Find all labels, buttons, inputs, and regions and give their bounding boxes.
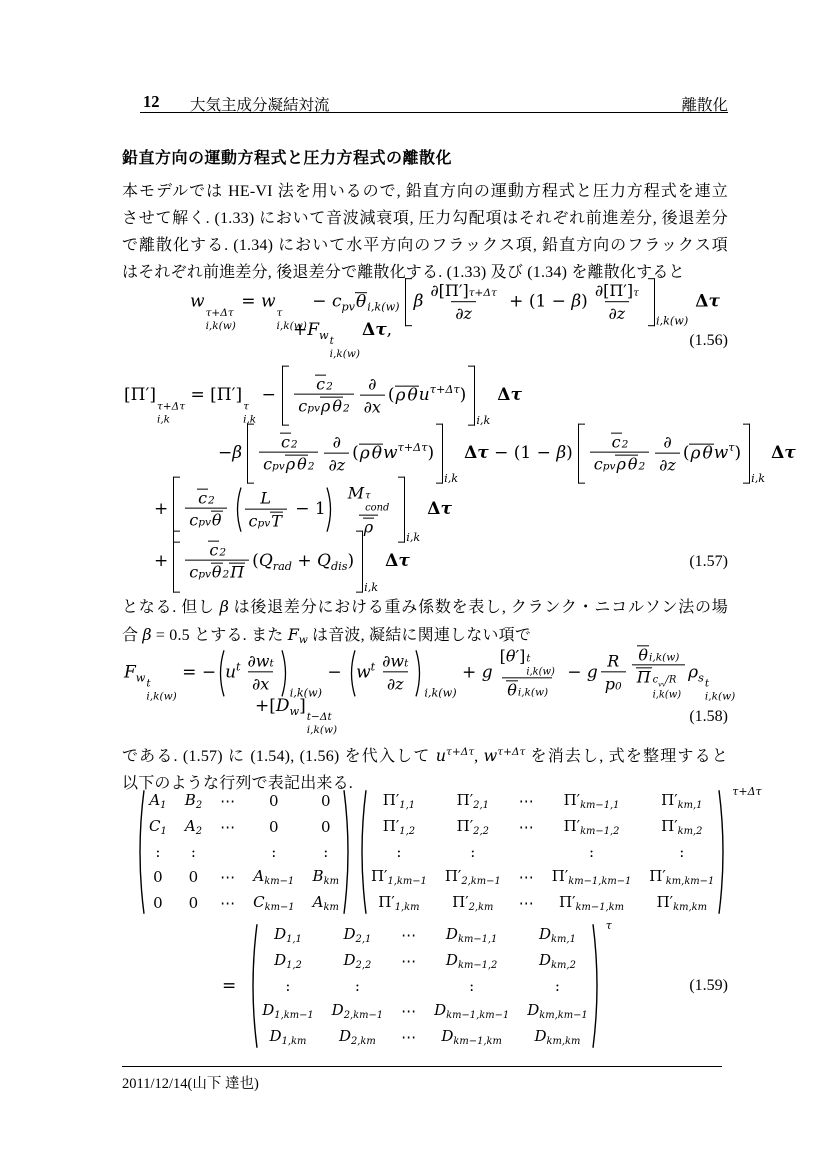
matrix-entry-subscript: km,1	[678, 800, 703, 811]
math-subscript: i,k	[364, 581, 378, 594]
math-fraction: c2cpvθ	[185, 489, 226, 531]
matrix-cell: :	[355, 977, 360, 995]
matrix-entry-subscript: 1,km	[282, 1036, 307, 1047]
matrix-entry-subscript: km−1,km	[576, 902, 624, 913]
matrix: A1B2⋯00C1A2⋯00::::00⋯Akm−1Bkm00⋯Ckm−1Akm	[135, 789, 353, 915]
math-symbol: ∂x	[364, 397, 381, 417]
matrix-entry-symbol: D	[539, 925, 551, 943]
equation-label-1-58: (1.58)	[689, 708, 728, 726]
fraction-denominator: cpvρθ2	[259, 452, 318, 475]
matrix-entry-symbol: D	[534, 1027, 546, 1045]
fraction-denominator: θi,k(w)	[502, 677, 552, 699]
left-paren	[216, 649, 225, 697]
footer-date: 2011/12/14(山下 達也)	[122, 1072, 259, 1093]
matrix-entry-subscript: 1,2	[399, 826, 415, 837]
math-supsub: t−Δti,k(w)	[307, 712, 337, 736]
math-superscript: t	[269, 658, 273, 671]
matrix-cell: 0	[321, 792, 331, 810]
fraction-denominator: ∂x	[360, 394, 385, 417]
matrix-entry-symbol: D	[446, 925, 458, 943]
math-subscript: w	[319, 329, 329, 342]
paragraph-line: となる. 但し β は後退差分における重み係数を表し, クランク・ニコルソン法の…	[122, 593, 728, 621]
left-bracket	[405, 278, 412, 326]
math-superscript: t	[705, 679, 709, 690]
matrix-entry-subscript: 1	[160, 826, 166, 837]
math-symbol: R	[607, 652, 619, 672]
matrix-dots: 0	[269, 792, 279, 810]
matrix-entry-subscript: km,km	[547, 1036, 581, 1047]
math-fraction: ∂∂z	[655, 432, 680, 475]
matrix-dots: ⋯	[519, 818, 534, 836]
math-symbol: ρ	[690, 443, 700, 463]
math-bold-italic: τ	[440, 499, 451, 519]
math-roman: +	[154, 551, 168, 571]
matrix-entry-subscript: km−1,km	[453, 1036, 501, 1047]
matrix-cell: Dkm,km	[534, 1027, 580, 1047]
math-supsub: ti,k(w)	[705, 679, 735, 703]
math-overline: Π	[229, 563, 245, 582]
equation-label-1-57: (1.57)	[689, 553, 728, 571]
math-overline: Π	[636, 668, 652, 687]
math-roman: Π′	[217, 385, 236, 405]
matrix: D1,1D2,1⋯Dkm−1,1Dkm,1D1,2D2,2⋯Dkm−1,2Dkm…	[248, 923, 601, 1049]
math-symbol: ∂	[595, 281, 603, 301]
math-bold: Δ	[497, 385, 510, 405]
math-roman: +[	[255, 696, 276, 716]
math-symbol: c	[594, 455, 603, 475]
math-roman: [	[210, 385, 217, 405]
fraction-numerator: c2	[311, 375, 337, 394]
math-superscript: τ	[365, 491, 370, 501]
matrix-entry-symbol: D	[434, 1001, 446, 1019]
matrix-cell: :	[396, 843, 401, 861]
math-supsub: τcond	[365, 491, 389, 514]
math-roman: ]	[149, 385, 156, 405]
math-roman: [	[124, 385, 131, 405]
math-subscript: pv	[341, 301, 355, 314]
math-symbol: θ	[332, 397, 342, 416]
math-superscript: τ	[277, 308, 283, 319]
math-roman: +	[293, 320, 307, 340]
math-symbol: θ	[212, 511, 222, 530]
matrix-entry-subscript: km,2	[551, 960, 576, 971]
math-subscript: i,k(w)	[424, 687, 456, 700]
math-subscript: i,k(w)	[146, 692, 176, 703]
matrix-cell: Π′km,2	[661, 817, 702, 837]
matrix-entry-subscript: 1,km−1	[274, 1010, 313, 1021]
math-superscript: 2	[343, 403, 350, 416]
matrix-entry-symbol: D	[339, 1027, 351, 1045]
fraction-denominator: ∂z	[655, 452, 680, 475]
math-superscript: τ	[243, 401, 249, 412]
document-page: 12 大気主成分凝結対流 離散化 鉛直方向の運動方程式と圧力方程式の離散化 本モ…	[0, 0, 826, 1169]
matrix-entry-subscript: km−1,2	[580, 826, 619, 837]
math-symbol: u	[225, 663, 236, 683]
right-paren	[415, 649, 424, 697]
math-superscript: 2	[219, 547, 226, 560]
matrix-entry-symbol: D	[344, 925, 356, 943]
math-subscript: i,k(w)	[526, 667, 554, 677]
matrix-left-paren	[357, 789, 367, 915]
math-supsub: τi,k	[243, 401, 256, 425]
math-symbol: θ	[408, 385, 418, 405]
math-symbol: ∂	[333, 432, 341, 452]
math-overline: ρ	[689, 443, 701, 463]
math-symbol: c	[189, 563, 198, 583]
math-symbol: w	[190, 292, 205, 312]
fraction-denominator: ∂x	[248, 672, 273, 695]
math-symbol: β	[232, 443, 242, 463]
matrix-cell: D1,2	[274, 951, 302, 971]
math-superscript: 2	[223, 569, 230, 582]
matrix-cell: Dkm,2	[539, 951, 576, 971]
matrix-cell: ⋯	[519, 894, 534, 912]
matrix-entry-subscript: 1,km−1	[387, 876, 426, 887]
matrix-grid: Π′1,1Π′2,1⋯Π′km−1,1Π′km,1Π′1,2Π′2,2⋯Π′km…	[367, 789, 718, 915]
math-subscript: pv	[257, 517, 270, 530]
matrix-cell: 0	[189, 894, 199, 912]
math-superscript: 2	[326, 381, 333, 394]
math-fraction: ∂∂x	[360, 374, 385, 417]
math-roman: − (1 −	[489, 443, 557, 463]
math-roman: (	[252, 551, 259, 571]
matrix-entry-symbol: D	[274, 951, 286, 969]
math-fraction: ∂[Π′]τ∂z	[591, 281, 643, 324]
matrix-exponent: τ	[606, 919, 612, 932]
matrix-entry-subscript: 2,km−1	[461, 876, 500, 887]
math-roman: )	[566, 443, 573, 463]
matrix-cell: Π′1,km	[378, 893, 419, 913]
math-symbol: M	[348, 483, 364, 503]
fraction-numerator: c2	[204, 541, 230, 560]
matrix-cell: :	[285, 977, 290, 995]
text-run: 合	[122, 627, 142, 644]
right-bracket	[356, 531, 363, 593]
matrix-right-paren	[718, 789, 728, 915]
math-supsub: τ+Δτi,k	[157, 401, 185, 425]
paragraph-line: 本モデルでは HE-VI 法を用いるので, 鉛直方向の運動方程式と圧力方程式を連…	[122, 178, 728, 205]
math-roman: + (1 −	[504, 292, 572, 312]
matrix-entry-symbol: B	[185, 791, 196, 809]
math-overline: c	[208, 541, 219, 560]
fraction-numerator: L	[256, 488, 275, 508]
matrix-cell: 0	[269, 792, 279, 810]
matrix-dots: ⋯	[401, 1002, 416, 1020]
math-roman: −	[322, 663, 347, 683]
math-superscript: 2	[291, 439, 298, 452]
matrix-dots: :	[191, 843, 196, 861]
fraction-denominator: ∂z	[605, 301, 630, 324]
matrix-dots: 0	[189, 868, 199, 886]
matrix-entry-symbol: A	[149, 791, 160, 809]
section-heading: 鉛直方向の運動方程式と圧力方程式の離散化	[122, 145, 452, 168]
equation-label-1-56: (1.56)	[689, 332, 728, 350]
matrix-entry-symbol: Π′	[383, 791, 400, 809]
footer-rule	[122, 1066, 722, 1067]
matrix-dots: ⋯	[519, 792, 534, 810]
matrix-entry-symbol: Π′	[649, 867, 666, 885]
matrix-dots: :	[470, 843, 475, 861]
equation-1-56-line-2: +Fwti,k(w)Δτ,	[293, 322, 392, 360]
math-roman: (	[352, 443, 359, 463]
matrix-entry-subscript: km−1,1	[458, 934, 497, 945]
math-bold-italic: τ	[510, 385, 521, 405]
math-symbol: T	[271, 511, 282, 530]
math-supsub: τ+Δτi,k(w)	[206, 308, 236, 332]
fraction-numerator: ∂[Π′]τ+Δτ	[426, 281, 500, 301]
math-bold-italic: τ	[398, 551, 409, 571]
matrix-cell: B2	[185, 791, 202, 811]
math-roman: +	[154, 499, 168, 519]
matrix-cell: Π′2,2	[457, 817, 489, 837]
matrix-entry-symbol: Π′	[378, 893, 395, 911]
matrix-entry-symbol: Π′	[452, 893, 469, 911]
math-fraction: ∂wt∂x	[244, 652, 278, 695]
equation-1-58-line-1: Fwti,k(w) = −ut∂wt∂xi,k(w) − wt∂wt∂zi,k(…	[124, 645, 735, 702]
math-overline: T	[270, 511, 283, 530]
matrix-entry-subscript: 2	[196, 800, 202, 811]
math-roman: =	[236, 292, 261, 312]
matrix-cell: Π′km,km	[657, 893, 707, 913]
math-fraction: ∂[Π′]τ+Δτ∂z	[426, 281, 500, 324]
matrix-entry-symbol: B	[313, 867, 324, 885]
math-bold-italic: τ	[375, 320, 386, 340]
math-symbol: c	[281, 433, 290, 452]
math-symbol: Π	[637, 668, 651, 687]
math-symbol: ∂	[368, 374, 376, 394]
math-symbol: ρ	[616, 455, 625, 474]
math-fraction: c2cpvρθ2	[294, 375, 353, 417]
text-run: = 0.5 とする. また	[152, 627, 288, 644]
matrix-left-paren	[135, 789, 145, 915]
math-superscript: τ+Δτ	[157, 401, 185, 412]
math-symbol: θ	[702, 443, 712, 463]
matrix-cell: ⋯	[401, 1002, 416, 1020]
fraction-denominator: ∂z	[451, 301, 476, 324]
matrix-entry-symbol: Π′	[564, 817, 581, 835]
math-bold: Δ	[695, 292, 708, 312]
math-roman: )	[348, 551, 355, 571]
matrix-dots: 0	[153, 894, 163, 912]
matrix-cell: :	[555, 977, 560, 995]
matrix-entry-subscript: 2,km	[469, 902, 494, 913]
math-roman: +	[457, 663, 482, 683]
math-overline: ρ	[615, 455, 626, 474]
matrix-dots: ⋯	[519, 868, 534, 886]
math-superscript: t	[330, 336, 334, 347]
math-overline: ρ	[359, 443, 371, 463]
matrix-entry-subscript: km	[323, 902, 338, 913]
math-symbol: ∂	[430, 281, 438, 301]
matrix-dots: ⋯	[401, 1028, 416, 1046]
math-subscript: pv	[272, 461, 285, 474]
matrix-dots: 0	[321, 818, 331, 836]
matrix-dots: ⋯	[401, 952, 416, 970]
math-superscript: t	[236, 661, 241, 674]
math-symbol: ρ	[286, 455, 295, 474]
math-symbol: c	[209, 541, 218, 560]
math-symbol: ∂z	[609, 304, 626, 324]
page-number: 12	[143, 92, 160, 112]
matrix-entry-subscript: km	[324, 876, 339, 887]
math-roman: ]	[299, 696, 306, 716]
fraction-denominator: cpvθ2Π	[185, 560, 249, 583]
matrix-dots: :	[271, 843, 276, 861]
matrix-cell: Π′2,km	[452, 893, 493, 913]
matrix-cell: Dkm−1,km	[441, 1027, 502, 1047]
math-fraction: [θ′]ti,k(w)θi,k(w)	[496, 647, 559, 700]
matrix-entry-symbol: D	[274, 925, 286, 943]
left-bracket	[578, 424, 585, 484]
matrix-exponent: τ+Δτ	[732, 785, 761, 798]
equals-sign: =	[222, 976, 236, 996]
matrix-entry-symbol: Π′	[559, 893, 576, 911]
math-bold: Δ	[385, 551, 398, 571]
math-roman: +	[292, 551, 317, 571]
matrix-dots: ⋯	[220, 818, 235, 836]
matrix-entry-symbol: C	[149, 817, 160, 835]
math-bold-italic: τ	[477, 443, 488, 463]
math-roman: −	[256, 385, 281, 405]
math-symbol: β	[556, 443, 566, 463]
math-roman: −	[307, 292, 332, 312]
right-bracket	[743, 424, 750, 484]
math-overline: θ	[296, 455, 308, 474]
matrix-cell: Bkm	[313, 867, 339, 887]
matrix-cell: ⋯	[220, 792, 235, 810]
matrix-entry-symbol: Π′	[552, 867, 569, 885]
matrix-dots: :	[155, 843, 160, 861]
matrix-cell: D1,1	[274, 925, 302, 945]
matrix-dots: 0	[321, 792, 331, 810]
matrix-entry-symbol: D	[262, 1001, 274, 1019]
math-symbol: D	[276, 696, 290, 716]
math-fraction: c2cpvθ2Π	[185, 541, 249, 583]
math-inline: w	[299, 634, 308, 646]
matrix-dots: ⋯	[519, 894, 534, 912]
header-rule	[140, 112, 728, 113]
matrix-cell: 0	[153, 894, 163, 912]
math-subscript: pv	[603, 461, 616, 474]
matrix-entry-symbol: D	[441, 1027, 453, 1045]
math-roman: Π′	[131, 385, 150, 405]
fraction-denominator: Πcvv/Ri,k(w)	[632, 665, 685, 701]
math-superscript: cvv/R	[653, 676, 677, 689]
text-run: は後退差分における重み係数を表し, クランク・ニコルソン法の場	[229, 599, 728, 616]
matrix-entry-subscript: km,2	[678, 826, 703, 837]
matrix-dots: :	[589, 843, 594, 861]
matrix-entry-symbol: Π′	[445, 867, 462, 885]
fraction-denominator: p0	[601, 672, 626, 695]
matrix-dots: :	[679, 843, 684, 861]
math-symbol: g	[587, 663, 598, 683]
math-symbol: p	[605, 675, 615, 695]
math-symbol: u	[419, 385, 430, 405]
math-symbol: ρ	[688, 663, 698, 683]
math-roman: ]	[519, 647, 525, 667]
matrix-cell: Akm−1	[253, 867, 294, 887]
math-supsub: ti,k(w)	[330, 336, 360, 360]
matrix-entry-subscript: km−1,km−1	[446, 1010, 509, 1021]
math-subscript: i,k(w)	[653, 690, 681, 700]
math-symbol: c	[612, 433, 621, 452]
fraction-numerator: ∂[Π′]τ	[591, 281, 643, 301]
math-superscript: t	[371, 661, 376, 674]
matrix-entry-symbol: Π′	[457, 791, 474, 809]
math-subscript: s	[698, 672, 704, 685]
matrix-cell: D2,km	[339, 1027, 376, 1047]
matrix-dots: :	[323, 843, 328, 861]
math-symbol: c	[298, 397, 307, 417]
matrix-cell: Π′1,km−1	[371, 867, 427, 887]
math-overline: θ	[355, 292, 367, 312]
matrix-entry-subscript: 1	[160, 800, 166, 811]
math-subscript: i,k(w)	[649, 651, 679, 664]
math-symbol: L	[260, 488, 271, 508]
math-subscript: w	[136, 672, 146, 685]
math-symbol: c	[316, 375, 325, 394]
matrix-right-paren	[592, 923, 602, 1049]
math-inline: u	[436, 746, 446, 765]
matrix: Π′1,1Π′2,1⋯Π′km−1,1Π′km,1Π′1,2Π′2,2⋯Π′km…	[357, 789, 728, 915]
math-symbol: Q	[259, 551, 273, 571]
text-run: は音波, 凝結に関連しない項で	[308, 627, 531, 644]
matrix-entry-symbol: A	[253, 867, 264, 885]
matrix-entry-subscript: 2,2	[356, 960, 372, 971]
math-roman: ]	[235, 385, 242, 405]
matrix-entry-subscript: km,km−1	[666, 876, 714, 887]
fraction-numerator: Mτcond	[344, 483, 394, 514]
matrix-cell: ⋯	[220, 894, 235, 912]
matrix-cell: D2,1	[344, 925, 372, 945]
math-symbol: c	[189, 511, 198, 531]
paragraph-line: である. (1.57) に (1.54), (1.56) を代入して uτ+Δτ…	[122, 739, 728, 770]
matrix-cell: A1	[149, 791, 166, 811]
matrix-entry-subscript: 2,1	[473, 800, 489, 811]
matrix-entry-symbol: Π′	[371, 867, 388, 885]
math-superscript: τ+Δτ	[430, 383, 460, 396]
math-subscript: pv	[307, 403, 320, 416]
math-bold: Δ	[464, 443, 477, 463]
math-fraction: θi,k(w)Πcvv/Ri,k(w)	[632, 645, 685, 700]
fraction-denominator: cpvT	[245, 508, 287, 531]
math-overline: θ	[331, 397, 343, 416]
matrix-cell: Dkm−1,2	[446, 951, 497, 971]
matrix-cell: A2	[185, 817, 202, 837]
math-roman: )	[735, 443, 742, 463]
matrix-cell: 0	[321, 818, 331, 836]
math-overline: θ	[637, 645, 649, 664]
matrix-cell: :	[469, 977, 474, 995]
math-superscript: t−Δt	[307, 712, 332, 723]
fraction-numerator: [θ′]ti,k(w)	[496, 647, 559, 678]
math-symbol: Π	[230, 563, 244, 582]
matrix-cell: D2,km−1	[332, 1001, 383, 1021]
matrix-entry-subscript: 2,1	[356, 934, 372, 945]
math-symbol: θ	[297, 455, 307, 474]
matrix-cell: Π′km−1,2	[564, 817, 620, 837]
matrix-dots: ⋯	[220, 894, 235, 912]
math-symbol: β	[414, 292, 424, 312]
fraction-numerator: ∂	[329, 432, 345, 452]
math-symbol: ∂z	[659, 455, 676, 475]
math-symbol: β	[571, 292, 581, 312]
math-superscript: τ+Δτ	[398, 441, 428, 454]
matrix-dots: :	[285, 977, 290, 995]
math-roman: =	[185, 385, 210, 405]
matrix-entry-subscript: km,km	[673, 902, 707, 913]
matrix-entry-subscript: 2	[196, 826, 202, 837]
